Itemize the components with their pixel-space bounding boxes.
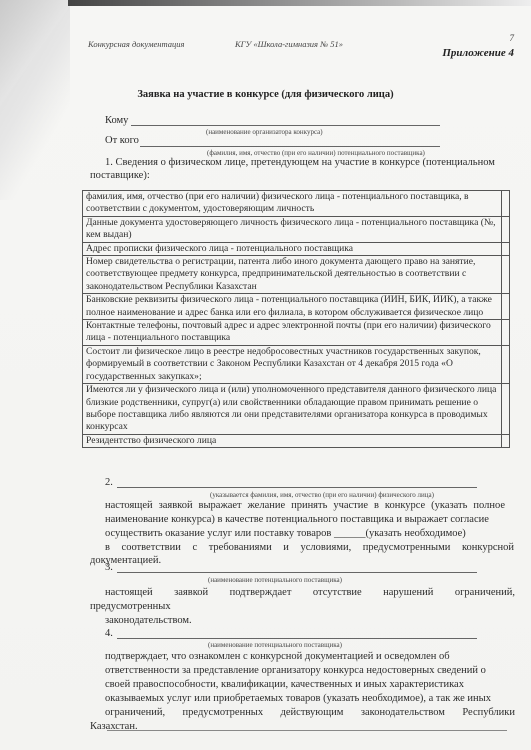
section2-field[interactable]: [117, 487, 477, 488]
to-field[interactable]: [131, 125, 440, 126]
row-label: Номер свидетельства о регистрации, патен…: [83, 256, 502, 294]
row-value-cell[interactable]: [502, 434, 510, 447]
section4-field[interactable]: [117, 638, 477, 639]
section4-number: 4.: [105, 627, 113, 641]
section1-heading-cont: поставщике):: [90, 169, 150, 183]
section4-line-4: оказываемых услуг или приобретаемых това…: [105, 692, 515, 706]
row-value-cell[interactable]: [502, 191, 510, 217]
scan-edge: [68, 0, 531, 6]
page-number: 7: [510, 33, 515, 43]
row-value-cell[interactable]: [502, 256, 510, 294]
table-row: Контактные телефоны, почтовый адрес и ад…: [83, 320, 510, 346]
table-row: Банковские реквизиты физического лица - …: [83, 294, 510, 320]
section4-line-6: Казахстан.: [90, 720, 138, 734]
row-label: Банковские реквизиты физического лица - …: [83, 294, 502, 320]
section4-line-2: ответственности за представление организ…: [105, 664, 515, 678]
row-label: Имеются ли у физического лица и (или) уп…: [83, 384, 502, 435]
from-label: От кого: [105, 135, 139, 146]
section2-caption: (указывается фамилия, имя, отчество (при…: [210, 491, 434, 499]
section4-line-1: подтверждает, что ознакомлен с конкурсно…: [105, 650, 515, 664]
row-value-cell[interactable]: [502, 216, 510, 242]
section2-line-4: в соответствии с требованиями и условиям…: [105, 541, 514, 555]
document-page: Конкурсная документация КГУ «Школа-гимна…: [0, 0, 531, 750]
section3-number: 3.: [105, 561, 113, 575]
row-value-cell[interactable]: [502, 345, 510, 383]
row-label: фамилия, имя, отчество (при его наличии)…: [83, 191, 502, 217]
from-field[interactable]: [140, 146, 440, 147]
section4-line-3: своей правоспособности, квалификации, ка…: [105, 678, 515, 692]
table-row: Имеются ли у физического лица и (или) уп…: [83, 384, 510, 435]
row-value-cell[interactable]: [502, 384, 510, 435]
page-title: Заявка на участие в конкурсе (для физиче…: [0, 89, 531, 100]
row-value-cell[interactable]: [502, 294, 510, 320]
row-label: Резидентство физического лица: [83, 434, 502, 447]
section3-field[interactable]: [117, 572, 477, 573]
table-row: Резидентство физического лица: [83, 434, 510, 447]
table-row: Номер свидетельства о регистрации, патен…: [83, 256, 510, 294]
header-organization: КГУ «Школа-гимназия № 51»: [235, 39, 343, 49]
section2-number: 2.: [105, 476, 113, 490]
header-doc-type: Конкурсная документация: [88, 39, 184, 49]
supplier-info-table: фамилия, имя, отчество (при его наличии)…: [82, 190, 510, 448]
section2-line-3: осуществить оказание услуг или поставку …: [105, 527, 505, 541]
section3-line-2: предусмотренных: [90, 600, 171, 614]
row-label: Контактные телефоны, почтовый адрес и ад…: [83, 320, 502, 346]
appendix-label: Приложение 4: [442, 47, 514, 59]
row-value-cell[interactable]: [502, 242, 510, 255]
section3-line-3: законодательством.: [105, 614, 192, 628]
table-row: фамилия, имя, отчество (при его наличии)…: [83, 191, 510, 217]
table-row: Адрес прописки физического лица - потенц…: [83, 242, 510, 255]
row-value-cell[interactable]: [502, 320, 510, 346]
row-label: Состоит ли физическое лицо в реестре нед…: [83, 345, 502, 383]
to-caption: (наименование организатора конкурса): [206, 128, 323, 136]
section2-line-5: документацией.: [90, 554, 161, 568]
to-label: Кому: [105, 115, 128, 126]
section4-line-5: ограничений, предусмотренных действующим…: [105, 706, 515, 720]
table-row: Данные документа удостоверяющего личност…: [83, 216, 510, 242]
section2-line-2: наименование конкурса) в качестве потенц…: [105, 513, 505, 527]
row-label: Адрес прописки физического лица - потенц…: [83, 242, 502, 255]
section3-caption: (наименование потенциального поставщика): [208, 576, 342, 584]
signature-line[interactable]: [107, 730, 507, 731]
section4-caption: (наименование потенциального поставщика): [208, 641, 342, 649]
table-row: Состоит ли физическое лицо в реестре нед…: [83, 345, 510, 383]
section1-heading: 1. Сведения о физическом лице, претендую…: [105, 156, 495, 170]
section3-line-1: настоящей заявкой подтверждает отсутстви…: [105, 586, 515, 600]
row-label: Данные документа удостоверяющего личност…: [83, 216, 502, 242]
section2-line-1: настоящей заявкой выражает желание приня…: [105, 499, 505, 513]
